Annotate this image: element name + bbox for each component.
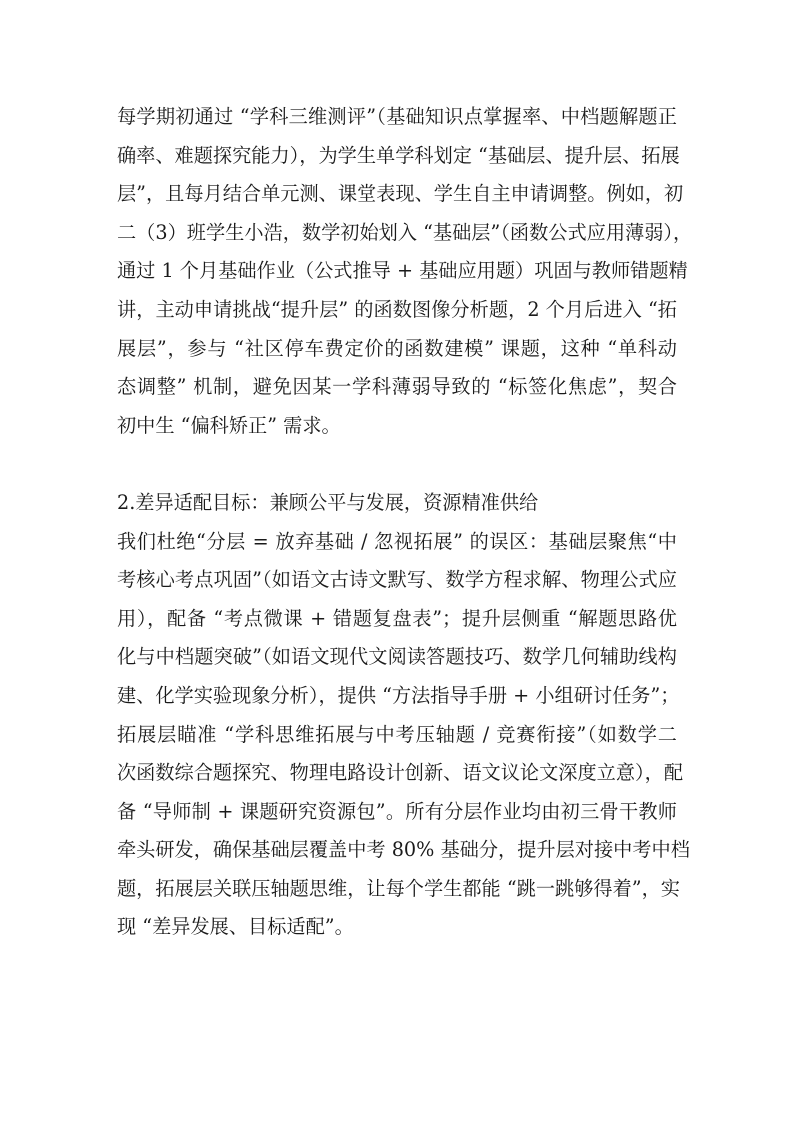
- text-line: 确率、难题探究能力），为学生单学科划定 “基础层、提升层、拓展: [117, 137, 677, 176]
- text-line: 用），配备 “考点微课 + 错题复盘表”；提升层侧重 “解题思路优: [117, 600, 677, 639]
- text-line: 现 “差异发展、目标适配”。: [117, 908, 677, 947]
- text-line: 态调整” 机制，避免因某一学科薄弱导致的 “标签化焦虑”，契合: [117, 368, 677, 407]
- text-line: 牵头研发，确保基础层覆盖中考 80% 基础分，提升层对接中考中档: [117, 831, 677, 870]
- document-page: 每学期初通过 “学科三维测评”（基础知识点掌握率、中档题解题正 确率、难题探究能…: [117, 98, 677, 947]
- text-line: 每学期初通过 “学科三维测评”（基础知识点掌握率、中档题解题正: [117, 98, 677, 137]
- paragraph-tier-adjustment: 每学期初通过 “学科三维测评”（基础知识点掌握率、中档题解题正 确率、难题探究能…: [117, 98, 677, 445]
- text-line: 备 “导师制 + 课题研究资源包”。所有分层作业均由初三骨干教师: [117, 793, 677, 832]
- text-line: 层”，且每月结合单元测、课堂表现、学生自主申请调整。例如，初: [117, 175, 677, 214]
- text-line: 我们杜绝“分层 = 放弃基础 / 忽视拓展” 的误区：基础层聚焦“中: [117, 523, 677, 562]
- text-line: 二（3）班学生小浩，数学初始划入 “基础层”（函数公式应用薄弱），: [117, 214, 677, 253]
- text-line: 次函数综合题探究、物理电路设计创新、语文议论文深度立意），配: [117, 754, 677, 793]
- text-line: 考核心考点巩固”（如语文古诗文默写、数学方程求解、物理公式应: [117, 561, 677, 600]
- text-line: 展层”，参与 “社区停车费定价的函数建模” 课题，这种 “单科动: [117, 330, 677, 369]
- paragraph-spacer: [117, 445, 677, 484]
- text-line: 拓展层瞄准 “学科思维拓展与中考压轴题 / 竞赛衔接”（如数学二: [117, 716, 677, 755]
- text-line: 化与中档题突破”（如语文现代文阅读答题技巧、数学几何辅助线构: [117, 638, 677, 677]
- text-line: 讲，主动申请挑战“提升层” 的函数图像分析题，2 个月后进入 “拓: [117, 291, 677, 330]
- text-line: 初中生 “偏科矫正” 需求。: [117, 407, 677, 446]
- section-differentiated-goals: 2.差异适配目标：兼顾公平与发展，资源精准供给 我们杜绝“分层 = 放弃基础 /…: [117, 484, 677, 947]
- section-heading: 2.差异适配目标：兼顾公平与发展，资源精准供给: [117, 484, 677, 523]
- text-line: 题，拓展层关联压轴题思维，让每个学生都能 “跳一跳够得着”，实: [117, 870, 677, 909]
- text-line: 建、化学实验现象分析），提供 “方法指导手册 + 小组研讨任务”；: [117, 677, 677, 716]
- text-line: 通过 1 个月基础作业（公式推导 + 基础应用题）巩固与教师错题精: [117, 252, 677, 291]
